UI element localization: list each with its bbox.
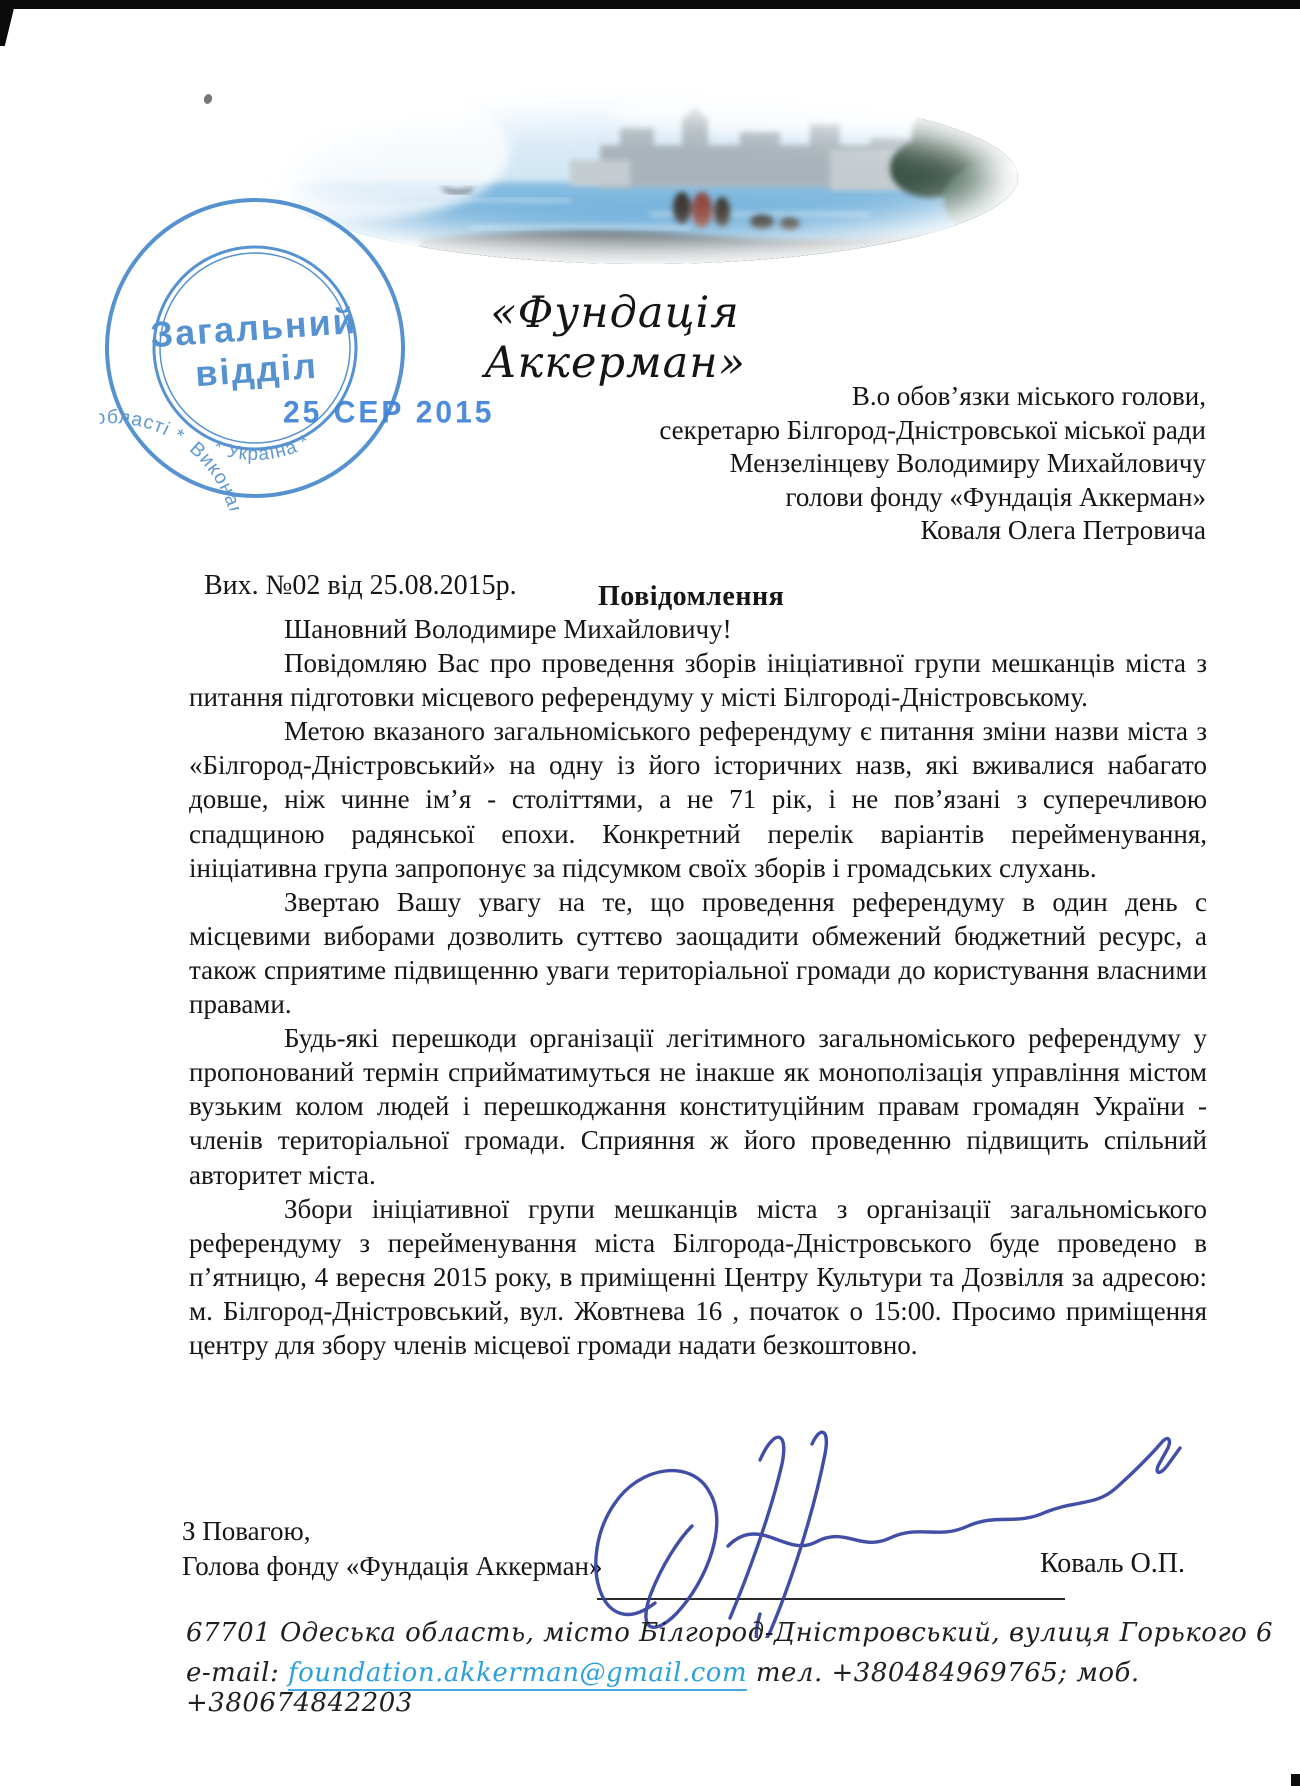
paragraph: Збори ініціативної групи мешканців міста… (189, 1192, 1207, 1362)
stamp-center-line2: відділ (194, 345, 319, 394)
shoreline (420, 230, 1018, 264)
scanned-letter-page: Виконавчий комітет Білгород-Дністровсько… (0, 0, 1300, 1786)
organization-title: «Фундація Аккерман» (380, 288, 850, 388)
footer-contacts: e-mail: foundation.akkerman@gmail.com те… (186, 1658, 1300, 1718)
paragraph: Повідомляю Вас про проведення зборів іні… (189, 646, 1207, 714)
subject-heading: Повідомлення (598, 581, 784, 613)
scan-edge-top (0, 0, 1300, 9)
recipient-line: Мензелінцеву Володимиру Михайловичу (659, 447, 1206, 481)
stamp-country-text: * Україна * (209, 430, 315, 469)
fortress-silhouette (600, 106, 930, 187)
paragraph: Звертаю Вашу увагу на те, що проведення … (189, 885, 1207, 1021)
recipient-line: секретарю Білгород-Дністровської міської… (659, 414, 1206, 448)
letter-body: Шановний Володимире Михайловичу! Повідом… (189, 612, 1207, 1362)
email-label: e-mail: (186, 1658, 279, 1688)
ink-speck (203, 93, 214, 105)
closing-regards: З Повагою, (182, 1516, 310, 1547)
recipient-line: голови фонду «Фундація Аккерман» (659, 481, 1206, 515)
footer-address: 67701 Одеська область, місто Білгород-Дн… (186, 1618, 1273, 1648)
office-round-stamp: Виконавчий комітет Білгород-Дністровсько… (84, 177, 426, 519)
figures-on-shore (673, 192, 800, 230)
salutation: Шановний Володимире Михайловичу! (189, 612, 1207, 646)
paragraph: Метою вказаного загальноміського референ… (189, 714, 1207, 884)
recipient-line: Коваля Олега Петровича (659, 514, 1206, 548)
tree-silhouette (890, 92, 1018, 236)
recipient-line: В.о обов’язки міського голови, (659, 380, 1206, 414)
stamp-center-line1: Загальний (149, 300, 358, 355)
scan-edge-corner (0, 0, 16, 46)
boat (440, 186, 476, 194)
recipient-block: В.о обов’язки міського голови, секретарю… (659, 380, 1206, 548)
scan-edge-bottom-right (1291, 1774, 1300, 1786)
paragraph: Будь-які перешкоди організації легітимно… (189, 1021, 1207, 1191)
date-stamp: 25 СЕР 2015 (283, 395, 494, 431)
closing-position: Голова фонду «Фундація Аккерман» (182, 1551, 603, 1582)
email-link[interactable]: foundation.akkerman@gmail.com (288, 1658, 747, 1691)
reference-number-line: Вих. №02 від 25.08.2015р. (204, 570, 517, 602)
handwritten-signature (560, 1418, 1200, 1638)
